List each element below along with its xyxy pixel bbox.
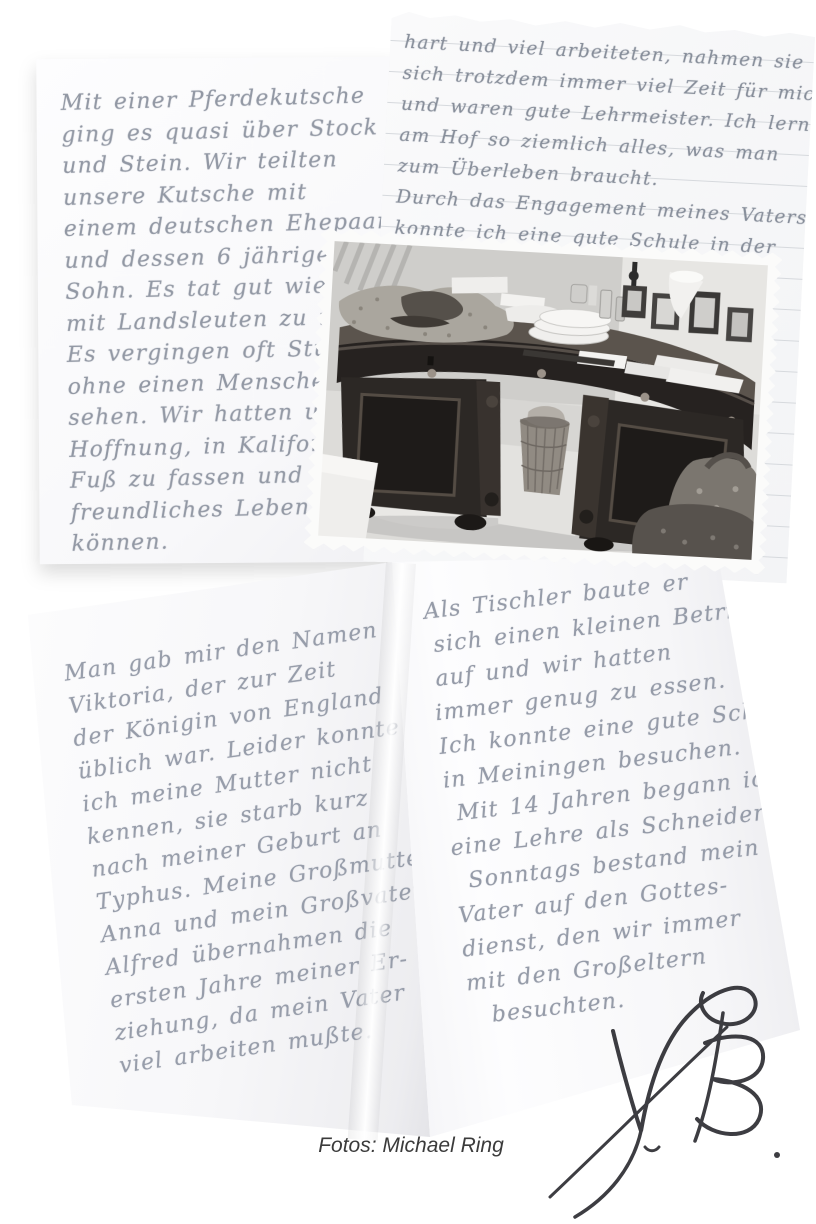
handwritten-text-block: hart und viel arbeiteten, nahmen sie sic… <box>394 27 816 266</box>
letter-page-bottom-left: Man gab mir den Namen Viktoria, der zur … <box>28 562 430 1137</box>
photo-desk-image <box>318 241 768 560</box>
handwritten-text-block: Man gab mir den Namen Viktoria, der zur … <box>62 611 457 1083</box>
photo-credit-caption: Fotos: Michael Ring <box>0 1134 816 1158</box>
photo-paper <box>452 277 508 294</box>
scanned-letter-collage: { "colors": { "pencil_ink": "#9298a4", "… <box>0 0 816 1224</box>
signature-flourish <box>545 935 810 1220</box>
photo-desk <box>303 227 782 574</box>
